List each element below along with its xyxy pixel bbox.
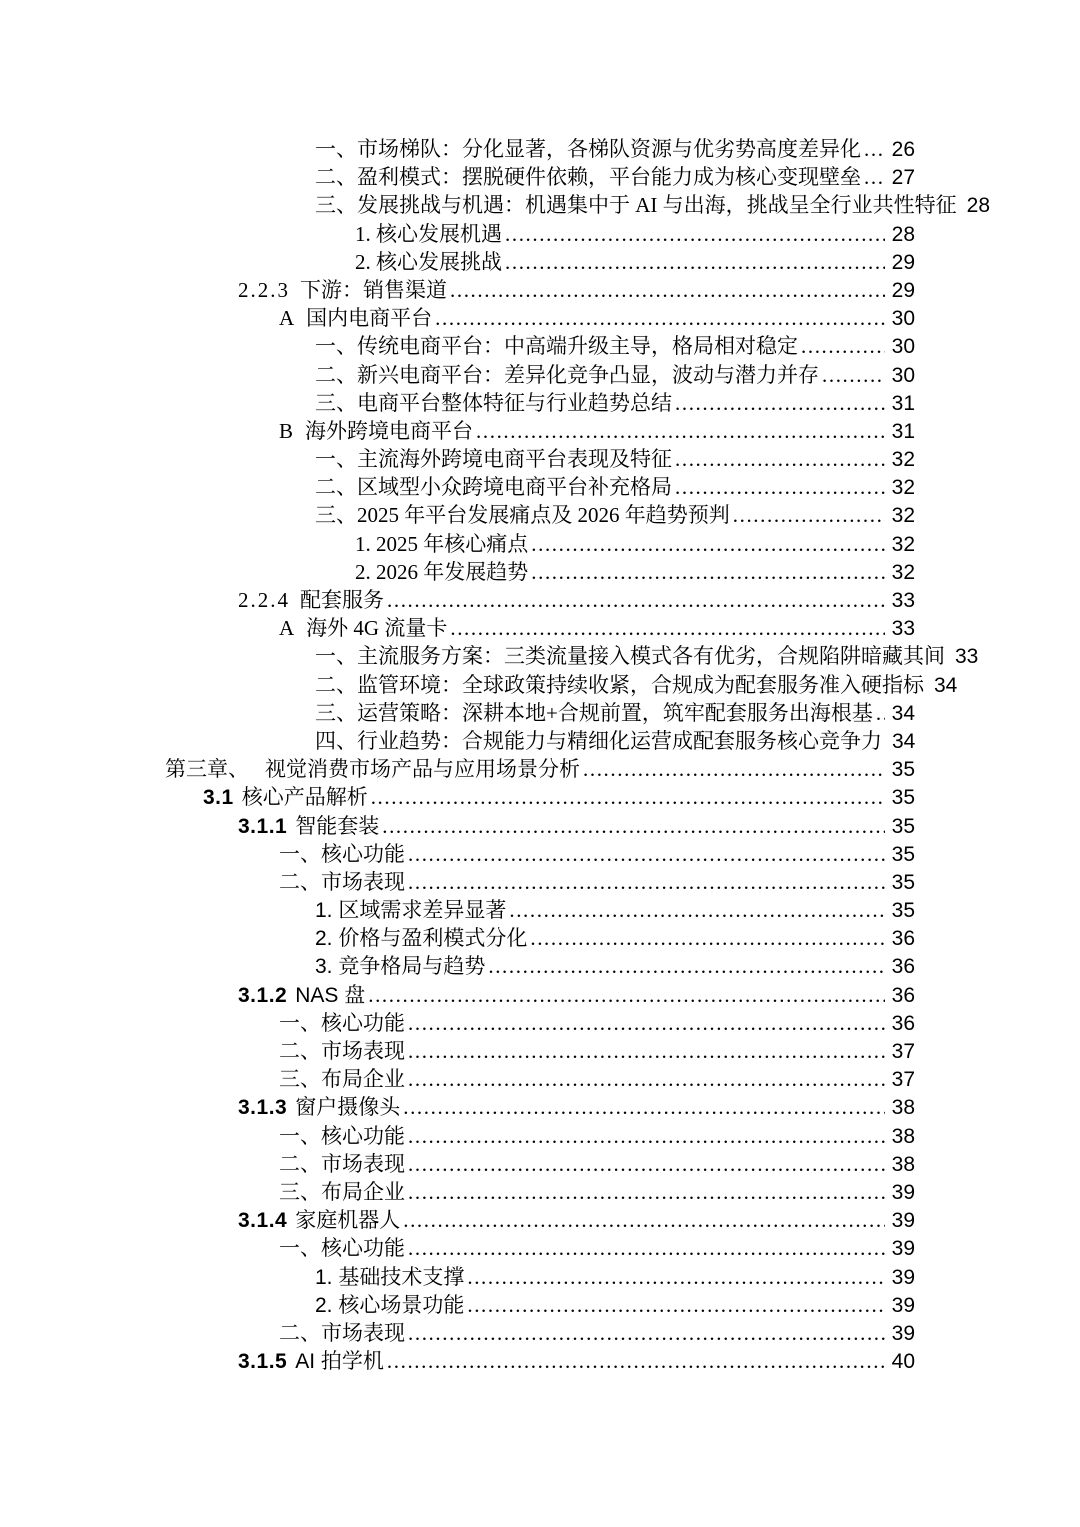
toc-entry-number: 3.1 <box>203 784 234 812</box>
toc-entry-number: 2.2.4 <box>238 586 290 614</box>
dot-leader: ........................................… <box>408 1009 885 1037</box>
dot-leader: ........................................… <box>822 361 885 389</box>
toc-entry-number: 3.1.5 <box>238 1348 287 1376</box>
toc-entry[interactable]: 一、市场梯队：分化显著，各梯队资源与优劣势高度差异化..............… <box>315 135 915 163</box>
dot-leader: ........................................… <box>675 389 885 417</box>
toc-entry-page-number: 39 <box>887 1292 915 1320</box>
toc-entry-page-number: 35 <box>887 869 915 897</box>
toc-entry[interactable]: 2.2.3下游：销售渠道............................… <box>238 276 915 304</box>
toc-entry-page-number: 33 <box>887 615 915 643</box>
toc-entry-label: 窗户摄像头 <box>295 1094 400 1122</box>
dot-leader: ........................................… <box>488 952 884 980</box>
toc-entry[interactable]: 二、新兴电商平台：差异化竞争凸显，波动与潜力并存................… <box>315 361 915 389</box>
dot-leader: ........................................… <box>450 276 885 304</box>
toc-entry-label: 一、核心功能 <box>279 1235 405 1263</box>
toc-entry[interactable]: 一、核心功能..................................… <box>279 840 915 868</box>
toc-entry-number: 3.1.1 <box>238 813 287 841</box>
toc-entry-label: 一、主流服务方案：三类流量接入模式各有优劣，合规陷阱暗藏其间 <box>315 642 945 670</box>
toc-entry-label: 下游：销售渠道 <box>300 276 447 304</box>
dot-leader: ........................................… <box>408 1150 885 1178</box>
toc-entry-page-number: 30 <box>887 362 915 390</box>
dot-leader: ........................................… <box>876 699 885 727</box>
toc-entry-page-number: 32 <box>887 446 915 474</box>
toc-entry-label: 2. 2026 年发展趋势 <box>355 558 528 586</box>
toc-entry[interactable]: 二、市场表现..................................… <box>279 1037 915 1065</box>
toc-entry-page-number: 33 <box>950 643 978 671</box>
toc-entry[interactable]: 三、发展挑战与机遇：机遇集中于 AI 与出海，挑战呈全行业共性特征28 <box>315 191 915 219</box>
dot-leader: ........................................… <box>864 135 885 163</box>
dot-leader: ........................................… <box>509 896 884 924</box>
toc-entry-page-number: 40 <box>887 1348 915 1376</box>
toc-entry-number: A <box>279 614 296 642</box>
toc-entry-label: 二、市场表现 <box>279 869 405 897</box>
toc-entry-page-number: 36 <box>887 1010 915 1038</box>
toc-entry-label: 二、监管环境：全球政策持续收紧，合规成为配套服务准入硬指标 <box>315 671 924 699</box>
dot-leader: ........................................… <box>408 840 885 868</box>
toc-entry-page-number: 35 <box>887 841 915 869</box>
toc-entry[interactable]: 二、监管环境：全球政策持续收紧，合规成为配套服务准入硬指标...........… <box>315 671 915 699</box>
toc-entry-page-number: 36 <box>887 982 915 1010</box>
toc-entry[interactable]: 二、盈利模式：摆脱硬件依赖，平台能力成为核心变现壁垒..............… <box>315 163 915 191</box>
toc-entry-label: 三、发展挑战与机遇：机遇集中于 AI 与出海，挑战呈全行业共性特征 <box>315 191 957 219</box>
toc-entry[interactable]: B海外跨境电商平台...............................… <box>279 417 915 445</box>
toc-entry-label: 一、主流海外跨境电商平台表现及特征 <box>315 445 672 473</box>
dot-leader: ........................................… <box>408 1178 885 1206</box>
toc-entry-page-number: 39 <box>887 1179 915 1207</box>
toc-entry-label: 一、核心功能 <box>279 1010 405 1038</box>
toc-entry[interactable]: 二、市场表现..................................… <box>279 1319 915 1347</box>
dot-leader: ........................................… <box>531 558 884 586</box>
toc-entry[interactable]: 三、布局企业..................................… <box>279 1178 915 1206</box>
toc-entry-label: 海外跨境电商平台 <box>305 417 473 445</box>
toc-entry-page-number: 38 <box>887 1094 915 1122</box>
toc-entry-page-number: 36 <box>887 925 915 953</box>
dot-leader: ........................................… <box>531 530 884 558</box>
dot-leader: ........................................… <box>583 755 885 783</box>
dot-leader: ........................................… <box>435 304 884 332</box>
toc-entry[interactable]: 3.1.1智能套装...............................… <box>238 812 915 840</box>
toc-entry-page-number: 34 <box>887 700 915 728</box>
toc-entry[interactable]: 2. 2026 年发展趋势...........................… <box>355 558 915 586</box>
toc-entry-label: 1. 区域需求差异显著 <box>315 897 506 925</box>
toc-entry-page-number: 33 <box>887 587 915 615</box>
toc-entry[interactable]: 一、核心功能..................................… <box>279 1234 915 1262</box>
toc-entry-page-number: 35 <box>887 813 915 841</box>
toc-entry-label: 1. 基础技术支撑 <box>315 1264 464 1292</box>
toc-entry-page-number: 31 <box>887 418 915 446</box>
toc-entry-label: 一、市场梯队：分化显著，各梯队资源与优劣势高度差异化 <box>315 135 861 163</box>
dot-leader: ........................................… <box>408 1037 885 1065</box>
dot-leader: ........................................… <box>387 586 885 614</box>
toc-entry-label: 2. 核心发展挑战 <box>355 248 502 276</box>
toc-entry-page-number: 36 <box>887 953 915 981</box>
toc-entry-page-number: 32 <box>887 559 915 587</box>
toc-entry-number: 3.1.3 <box>238 1094 287 1122</box>
toc-entry-label: 二、新兴电商平台：差异化竞争凸显，波动与潜力并存 <box>315 361 819 389</box>
toc-entry-label: 二、市场表现 <box>279 1151 405 1179</box>
toc-entry[interactable]: 2. 价格与盈利模式分化............................… <box>315 924 915 952</box>
toc-entry-label: 一、核心功能 <box>279 841 405 869</box>
toc-entry[interactable]: A国内电商平台.................................… <box>279 304 915 332</box>
dot-leader: ........................................… <box>387 1347 885 1375</box>
toc-entry-page-number: 38 <box>887 1123 915 1151</box>
dot-leader: ........................................… <box>505 248 885 276</box>
toc-entry-number: 2.2.3 <box>238 276 290 304</box>
toc-entry-label: NAS 盘 <box>295 982 365 1010</box>
toc-entry[interactable]: 第三章、视觉消费市场产品与应用场景分析.....................… <box>165 755 915 783</box>
dot-leader: ........................................… <box>368 981 884 1009</box>
toc-entry-label: 三、电商平台整体特征与行业趋势总结 <box>315 389 672 417</box>
toc-entry[interactable]: 3.1核心产品解析...............................… <box>203 783 915 811</box>
table-of-contents: 一、市场梯队：分化显著，各梯队资源与优劣势高度差异化..............… <box>165 135 915 1375</box>
toc-entry-page-number: 32 <box>887 474 915 502</box>
toc-entry-label: 2. 价格与盈利模式分化 <box>315 925 527 953</box>
toc-entry[interactable]: 一、传统电商平台：中高端升级主导，格局相对稳定.................… <box>315 332 915 360</box>
toc-entry-label: 海外 4G 流量卡 <box>306 614 447 642</box>
toc-entry[interactable]: 四、行业趋势：合规能力与精细化运营成配套服务核心竞争力.............… <box>315 727 915 755</box>
toc-entry[interactable]: 二、区域型小众跨境电商平台补充格局.......................… <box>315 473 915 501</box>
toc-entry-page-number: 30 <box>887 333 915 361</box>
toc-entry[interactable]: 2.2.4配套服务...............................… <box>238 586 915 614</box>
toc-entry-page-number: 35 <box>887 784 915 812</box>
toc-entry[interactable]: 1. 区域需求差异显著.............................… <box>315 896 915 924</box>
toc-entry-label: 国内电商平台 <box>306 304 432 332</box>
toc-entry-label: 智能套装 <box>295 813 379 841</box>
toc-entry-page-number: 27 <box>887 164 915 192</box>
toc-entry-label: 一、传统电商平台：中高端升级主导，格局相对稳定 <box>315 332 798 360</box>
toc-entry-number: 3.1.4 <box>238 1207 287 1235</box>
toc-entry[interactable]: 3.1.4家庭机器人..............................… <box>238 1206 915 1234</box>
toc-entry-label: 三、运营策略：深耕本地+合规前置，筑牢配套服务出海根基 <box>315 699 873 727</box>
toc-entry-label: 二、市场表现 <box>279 1320 405 1348</box>
toc-entry-label: 1. 2025 年核心痛点 <box>355 530 528 558</box>
dot-leader: ........................................… <box>408 1319 885 1347</box>
toc-entry-label: 2. 核心场景功能 <box>315 1292 464 1320</box>
toc-entry[interactable]: 三、运营策略：深耕本地+合规前置，筑牢配套服务出海根基.............… <box>315 699 915 727</box>
toc-entry[interactable]: 一、核心功能..................................… <box>279 1009 915 1037</box>
toc-entry-page-number: 31 <box>887 390 915 418</box>
toc-entry[interactable]: 3.1.5AI 拍学机.............................… <box>238 1347 915 1375</box>
toc-entry-page-number: 39 <box>887 1264 915 1292</box>
dot-leader: ........................................… <box>864 163 885 191</box>
dot-leader: ........................................… <box>408 1122 885 1150</box>
toc-entry[interactable]: 3. 竞争格局与趋势..............................… <box>315 952 915 980</box>
toc-entry-page-number: 37 <box>887 1038 915 1066</box>
toc-entry-page-number: 39 <box>887 1320 915 1348</box>
toc-entry-label: 家庭机器人 <box>295 1207 400 1235</box>
toc-entry[interactable]: 一、核心功能..................................… <box>279 1122 915 1150</box>
dot-leader: ........................................… <box>476 417 885 445</box>
toc-entry-label: 三、布局企业 <box>279 1179 405 1207</box>
dot-leader: ........................................… <box>382 812 884 840</box>
toc-entry[interactable]: 3.1.2NAS 盘..............................… <box>238 981 915 1009</box>
toc-entry-number: A <box>279 304 296 332</box>
toc-entry-page-number: 32 <box>887 531 915 559</box>
toc-entry-label: 三、布局企业 <box>279 1066 405 1094</box>
dot-leader: ........................................… <box>408 1065 885 1093</box>
dot-leader: ........................................… <box>467 1291 884 1319</box>
toc-entry-label: 配套服务 <box>300 586 384 614</box>
toc-entry-label: 视觉消费市场产品与应用场景分析 <box>265 755 580 783</box>
toc-entry-page-number: 39 <box>887 1207 915 1235</box>
toc-entry[interactable]: 三、电商平台整体特征与行业趋势总结.......................… <box>315 389 915 417</box>
toc-entry-page-number: 29 <box>887 249 915 277</box>
toc-entry-page-number: 29 <box>887 277 915 305</box>
toc-entry-page-number: 28 <box>962 192 990 220</box>
toc-entry[interactable]: 2. 核心场景功能...............................… <box>315 1291 915 1319</box>
toc-entry-page-number: 35 <box>887 756 915 784</box>
toc-entry[interactable]: 二、市场表现..................................… <box>279 868 915 896</box>
dot-leader: ........................................… <box>801 332 885 360</box>
toc-entry-page-number: 32 <box>887 502 915 530</box>
dot-leader: ........................................… <box>505 220 885 248</box>
toc-entry-label: 一、核心功能 <box>279 1123 405 1151</box>
dot-leader: ........................................… <box>675 445 885 473</box>
toc-entry-number: B <box>279 417 295 445</box>
toc-entry[interactable]: 三、布局企业..................................… <box>279 1065 915 1093</box>
dot-leader: ........................................… <box>675 473 885 501</box>
toc-entry[interactable]: 2. 核心发展挑战...............................… <box>355 248 915 276</box>
toc-entry-label: 三、2025 年平台发展痛点及 2026 年趋势预判 <box>315 501 730 529</box>
toc-entry[interactable]: A海外 4G 流量卡..............................… <box>279 614 915 642</box>
dot-leader: ........................................… <box>408 868 885 896</box>
toc-entry-page-number: 28 <box>887 221 915 249</box>
dot-leader: ........................................… <box>408 1234 885 1262</box>
toc-entry[interactable]: 3.1.3窗户摄像头..............................… <box>238 1093 915 1121</box>
toc-entry-page-number: 34 <box>929 672 957 700</box>
toc-entry[interactable]: 三、2025 年平台发展痛点及 2026 年趋势预判..............… <box>315 501 915 529</box>
toc-entry-page-number: 37 <box>887 1066 915 1094</box>
toc-entry-page-number: 39 <box>887 1235 915 1263</box>
dot-leader: ........................................… <box>371 783 885 811</box>
toc-entry-number: 第三章、 <box>165 755 249 783</box>
toc-entry-label: 二、区域型小众跨境电商平台补充格局 <box>315 473 672 501</box>
dot-leader: ........................................… <box>450 614 884 642</box>
toc-entry[interactable]: 二、市场表现..................................… <box>279 1150 915 1178</box>
toc-entry-page-number: 26 <box>887 136 915 164</box>
toc-entry-label: 1. 核心发展机遇 <box>355 220 502 248</box>
toc-entry[interactable]: 一、主流服务方案：三类流量接入模式各有优劣，合规陷阱暗藏其间..........… <box>315 642 915 670</box>
toc-entry[interactable]: 1. 基础技术支撑...............................… <box>315 1263 915 1291</box>
toc-entry-page-number: 35 <box>887 897 915 925</box>
toc-entry-label: 二、市场表现 <box>279 1038 405 1066</box>
toc-entry-number: 3.1.2 <box>238 982 287 1010</box>
toc-entry[interactable]: 一、主流海外跨境电商平台表现及特征.......................… <box>315 445 915 473</box>
dot-leader: ........................................… <box>403 1093 884 1121</box>
toc-entry-label: AI 拍学机 <box>295 1348 384 1376</box>
toc-entry-label: 二、盈利模式：摆脱硬件依赖，平台能力成为核心变现壁垒 <box>315 163 861 191</box>
toc-entry-page-number: 34 <box>887 728 915 756</box>
toc-entry[interactable]: 1. 2025 年核心痛点...........................… <box>355 530 915 558</box>
dot-leader: ........................................… <box>403 1206 884 1234</box>
dot-leader: ........................................… <box>733 501 885 529</box>
toc-entry-label: 核心产品解析 <box>242 784 368 812</box>
toc-entry-page-number: 30 <box>887 305 915 333</box>
toc-entry-label: 3. 竞争格局与趋势 <box>315 953 485 981</box>
dot-leader: ........................................… <box>530 924 884 952</box>
document-page: 一、市场梯队：分化显著，各梯队资源与优劣势高度差异化..............… <box>0 0 1080 1527</box>
toc-entry[interactable]: 1. 核心发展机遇...............................… <box>355 220 915 248</box>
dot-leader: ........................................… <box>467 1263 884 1291</box>
toc-entry-page-number: 38 <box>887 1151 915 1179</box>
toc-entry-label: 四、行业趋势：合规能力与精细化运营成配套服务核心竞争力 <box>315 727 882 755</box>
